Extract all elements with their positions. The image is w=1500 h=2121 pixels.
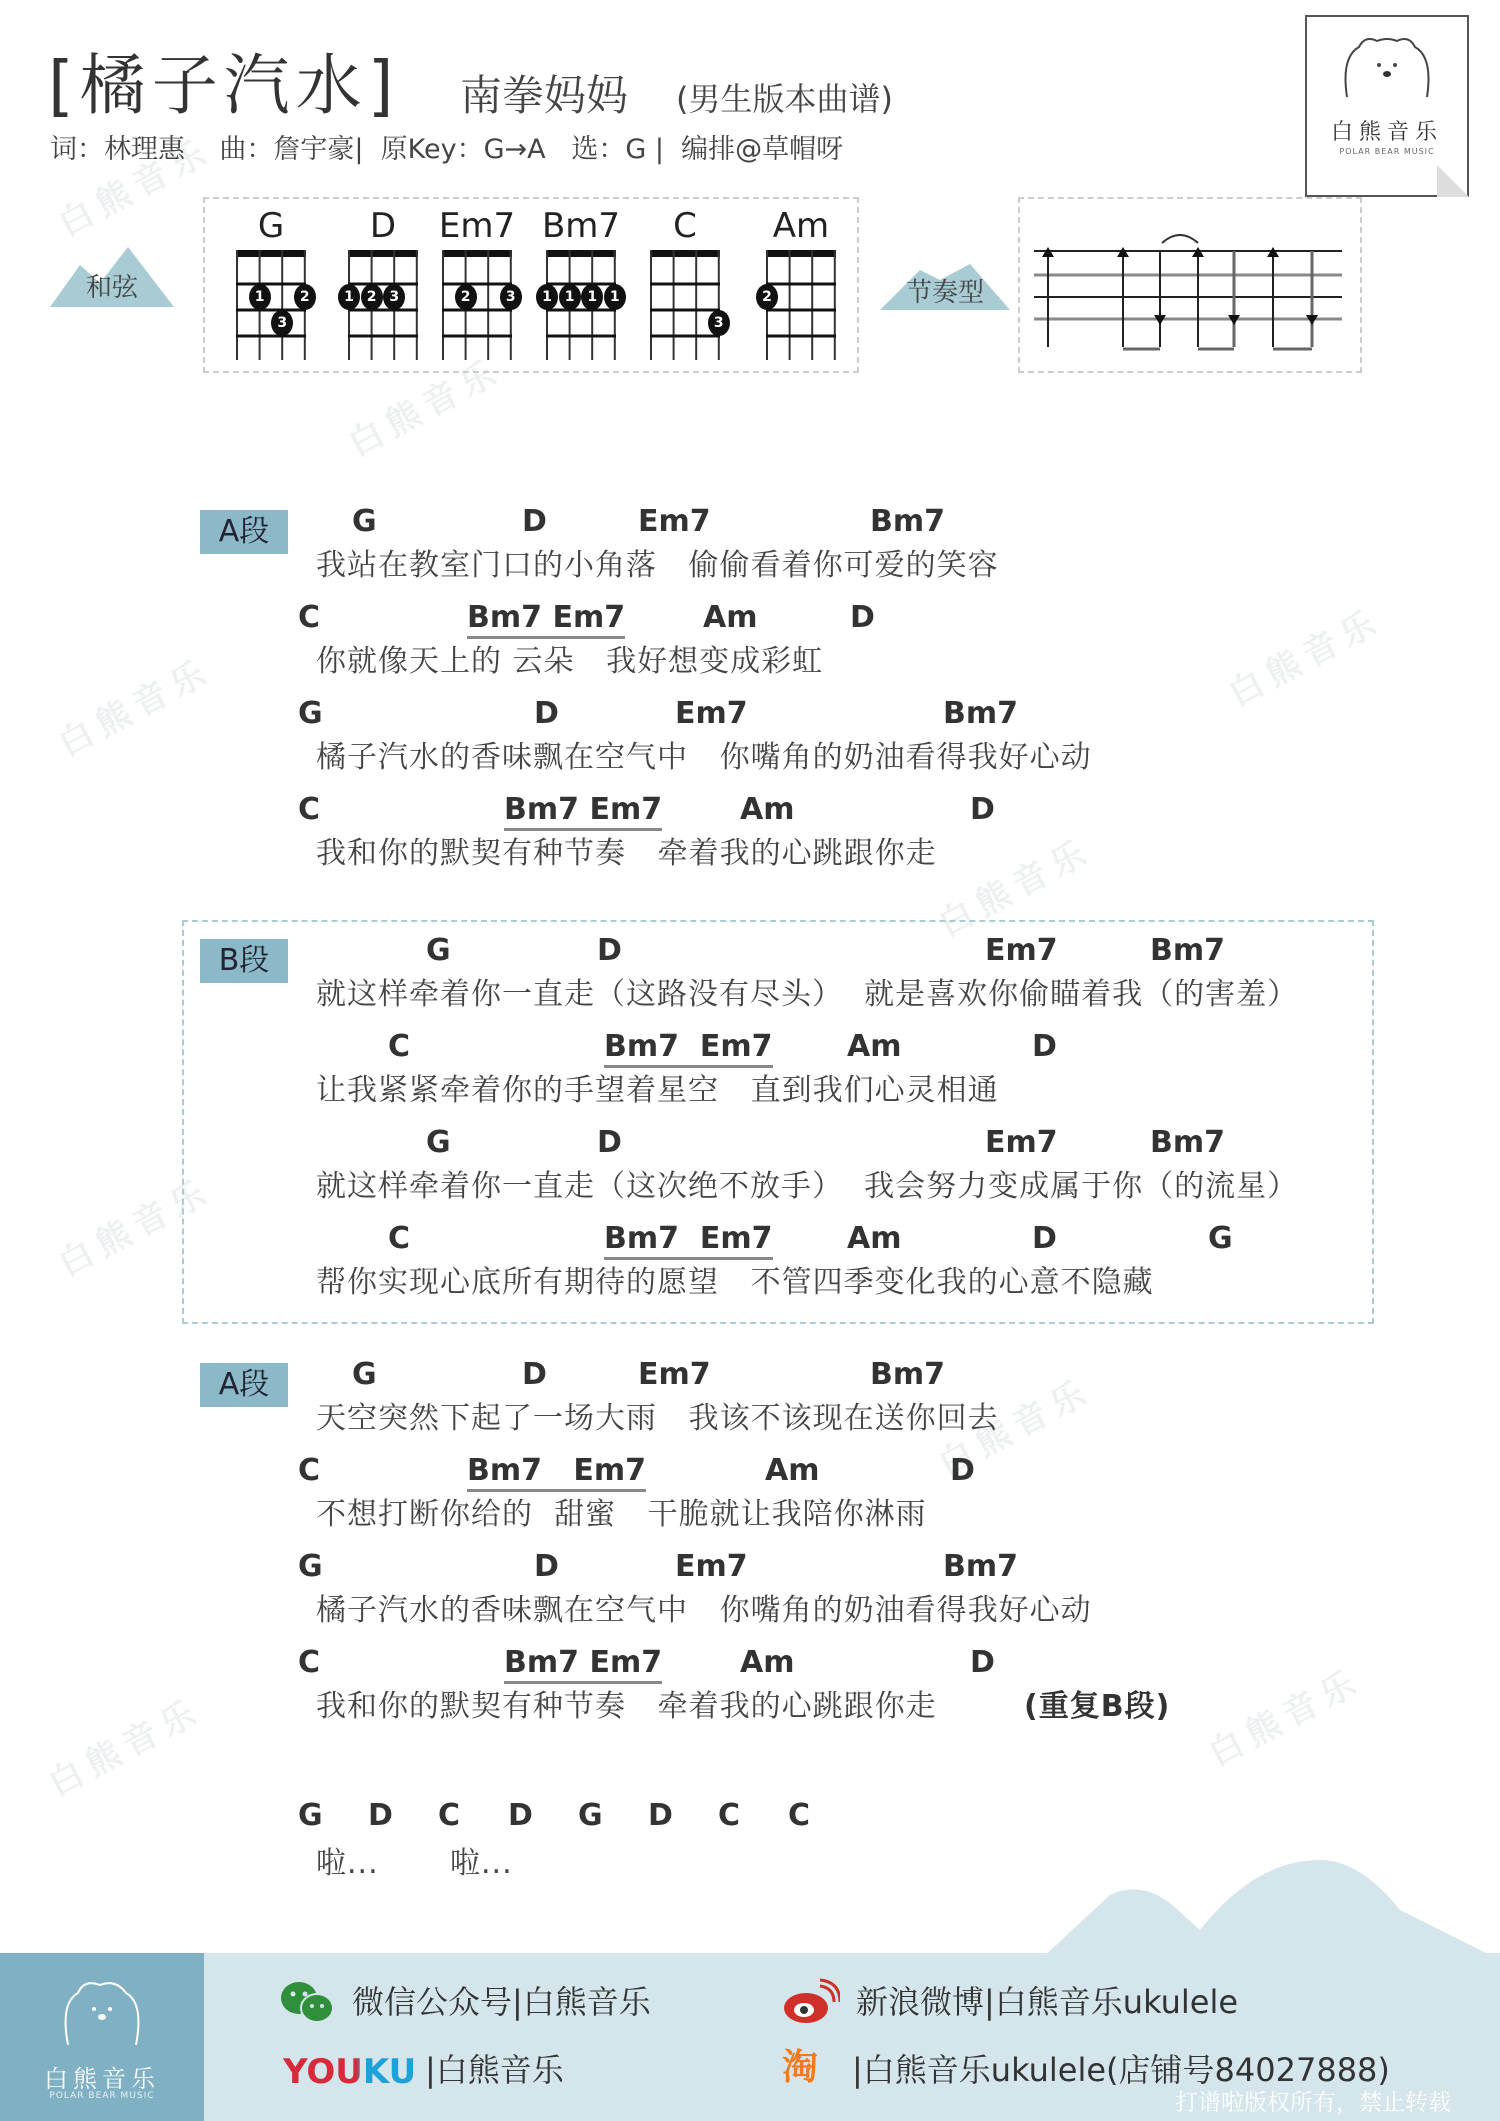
finger-dot: 2 <box>756 284 778 310</box>
chord-diagram-d: 123 <box>348 250 418 358</box>
chord-symbol: G <box>1208 1221 1233 1257</box>
outro-lyric: 啦... <box>316 1844 379 1884</box>
composer: 曲：詹宇豪| <box>219 134 363 165</box>
chord-symbol: C <box>298 600 320 636</box>
song-title: [橘子汽水] <box>48 46 400 126</box>
finger-dot: 2 <box>361 284 383 310</box>
lyric-line: 就这样牵着你一直走（这次绝不放手） 我会努力变成属于你（的流星） <box>316 1167 1298 1207</box>
chord-symbol: Am <box>847 1221 901 1257</box>
outro-chord: G <box>298 1798 323 1834</box>
outro-lyric: 啦... <box>450 1844 513 1884</box>
chord-symbol: Em7 <box>638 504 711 540</box>
chord-symbol: G <box>426 933 451 969</box>
finger-dot: 1 <box>338 284 360 310</box>
finger-dot: 3 <box>708 310 730 336</box>
chord-symbol: D <box>970 1645 995 1681</box>
chord-symbol: D <box>534 1549 559 1585</box>
chord-symbol: C <box>388 1029 410 1065</box>
lyric-line: 我和你的默契有种节奏 牵着我的心跳跟你走 <box>316 834 937 874</box>
chord-symbol: G <box>352 1357 377 1393</box>
version-note: (男生版本曲谱) <box>676 76 893 122</box>
footer-logo: 白熊音乐 POLAR BEAR MUSIC <box>0 1953 204 2121</box>
lyric-line: 我站在教室门口的小角落 偷偷看着你可爱的笑容 <box>316 546 999 586</box>
chord-symbol: G <box>352 504 377 540</box>
original-key: 原Key：G→A <box>381 134 546 165</box>
chord-symbol: G <box>298 696 323 732</box>
chord-symbol: Bm7 <box>870 504 945 540</box>
chord-symbol: Bm7 Em7 <box>604 1029 773 1068</box>
footer-logo-subtitle: POLAR BEAR MUSIC <box>0 2091 204 2101</box>
chord-symbol: G <box>298 1549 323 1585</box>
finger-dot: 1 <box>559 284 581 310</box>
youku-logo[interactable]: YOUKU <box>283 2050 416 2094</box>
chord-symbol: Am <box>740 1645 794 1681</box>
outro-chord: G <box>578 1798 603 1834</box>
chord-symbol: C <box>298 792 320 828</box>
chord-symbol: Em7 <box>675 696 748 732</box>
watermark: 白熊音乐 <box>48 643 219 765</box>
chord-symbol: Am <box>740 792 794 828</box>
chord-symbol: Bm7 Em7 <box>504 1645 662 1684</box>
selected-key: 选：G | <box>571 134 664 165</box>
chord-symbol: Bm7 <box>943 696 1018 732</box>
finger-dot: 2 <box>455 284 477 310</box>
finger-dot: 3 <box>500 284 522 310</box>
outro-chord: D <box>648 1798 673 1834</box>
logo-subtitle: POLAR BEAR MUSIC <box>1307 147 1467 156</box>
chord-symbol: D <box>970 792 995 828</box>
logo-name: 白熊音乐 <box>1307 115 1467 146</box>
chord-symbol: C <box>298 1645 320 1681</box>
outro-chord: D <box>368 1798 393 1834</box>
chord-symbol: Em7 <box>985 1125 1058 1161</box>
lyric-line: 不想打断你给的 甜蜜 干脆就让我陪你淋雨 <box>316 1495 927 1535</box>
chord-diagram-name: G <box>231 206 311 246</box>
chord-symbol: D <box>850 600 875 636</box>
chord-symbol: Em7 <box>638 1357 711 1393</box>
finger-dot: 1 <box>249 284 271 310</box>
finger-dot: 1 <box>536 284 558 310</box>
lyric-line: 让我紧紧牵着你的手望着星空 直到我们心灵相通 <box>316 1071 999 1111</box>
chord-symbol: C <box>388 1221 410 1257</box>
chord-symbol: Am <box>847 1029 901 1065</box>
chord-symbol: G <box>426 1125 451 1161</box>
repeat-note: (重复B段) <box>1024 1687 1170 1727</box>
chord-diagram-name: Bm7 <box>541 206 621 246</box>
chord-diagram-c: 3 <box>650 250 720 358</box>
chord-symbol: D <box>522 504 547 540</box>
chord-symbol: Bm7 Em7 <box>467 600 625 639</box>
weibo-icon[interactable] <box>780 1978 840 2026</box>
chord-symbol: C <box>298 1453 320 1489</box>
mountains-decoration <box>1040 1820 1500 1960</box>
watermark: 白熊音乐 <box>38 1683 209 1805</box>
page-fold-icon <box>1437 165 1469 197</box>
wechat-account[interactable]: 微信公众号|白熊音乐 <box>352 1980 651 2024</box>
chord-symbol: D <box>522 1357 547 1393</box>
lyric-line: 你就像天上的 云朵 我好想变成彩虹 <box>316 642 823 682</box>
chords-label-badge: 和弦 <box>50 245 174 307</box>
chord-symbol: Bm7 <box>870 1357 945 1393</box>
chord-symbol: Bm7 <box>1150 933 1225 969</box>
lyric-line: 天空突然下起了一场大雨 我该不该现在送你回去 <box>316 1399 999 1439</box>
chord-diagram-bm7: 1111 <box>546 250 616 358</box>
chord-diagram-name: C <box>645 206 725 246</box>
artist-name: 南拳妈妈 <box>460 66 628 126</box>
finger-dot: 1 <box>604 284 626 310</box>
chord-diagram-name: D <box>343 206 423 246</box>
lyric-line: 橘子汽水的香味飘在空气中 你嘴角的奶油看得我好心动 <box>316 738 1092 778</box>
polar-bear-icon <box>1307 17 1467 117</box>
lyric-line: 帮你实现心底所有期待的愿望 不管四季变化我的心意不隐藏 <box>316 1263 1154 1303</box>
arranger: 编排@草帽呀 <box>681 134 843 165</box>
section-label: A段 <box>200 510 288 554</box>
lyric-line: 橘子汽水的香味飘在空气中 你嘴角的奶油看得我好心动 <box>316 1591 1092 1631</box>
watermark: 白熊音乐 <box>1198 1653 1369 1775</box>
chord-symbol: Bm7 Em7 <box>467 1453 646 1492</box>
chord-symbol: D <box>534 696 559 732</box>
youku-brand: YOUKU <box>283 2052 416 2092</box>
outro-chord: D <box>508 1798 533 1834</box>
chord-diagram-name: Em7 <box>437 206 517 246</box>
chord-diagram-g: 123 <box>236 250 306 358</box>
chord-diagram-em7: 23 <box>442 250 512 358</box>
chord-symbol: Bm7 Em7 <box>604 1221 773 1260</box>
weibo-account[interactable]: 新浪微博|白熊音乐ukulele <box>856 1980 1238 2024</box>
lyric-line: 我和你的默契有种节奏 牵着我的心跳跟你走 <box>316 1687 937 1727</box>
taobao-icon[interactable]: 淘 <box>782 2046 818 2090</box>
outro-chord: C <box>718 1798 740 1834</box>
chord-symbol: D <box>597 1125 622 1161</box>
credits-line: 词：林理惠 曲：詹宇豪| 原Key：G→A 选：G | 编排@草帽呀 <box>50 130 843 170</box>
outro-chord: C <box>438 1798 460 1834</box>
youku-account[interactable]: |白熊音乐 <box>425 2048 564 2092</box>
chord-symbol: D <box>597 933 622 969</box>
chord-symbol: Am <box>765 1453 819 1489</box>
lyric-line: 就这样牵着你一直走（这路没有尽头） 就是喜欢你偷瞄着我（的害羞） <box>316 975 1298 1015</box>
strum-pattern-diagram <box>1020 199 1360 371</box>
strum-label-badge: 节奏型 <box>880 262 1010 310</box>
chord-symbol: Bm7 <box>943 1549 1018 1585</box>
brand-logo-card: 白熊音乐 POLAR BEAR MUSIC <box>1305 15 1469 197</box>
finger-dot: 2 <box>294 284 316 310</box>
chord-symbol: Em7 <box>675 1549 748 1585</box>
outro-chord: C <box>788 1798 810 1834</box>
lyricist: 词：林理惠 <box>50 134 185 165</box>
chord-symbol: Em7 <box>985 933 1058 969</box>
chord-diagram-am: 2 <box>766 250 836 358</box>
section-label: A段 <box>200 1363 288 1407</box>
footer-logo-name: 白熊音乐 <box>0 2059 204 2094</box>
strum-pattern-panel <box>1018 197 1362 373</box>
wechat-icon[interactable] <box>277 1978 337 2026</box>
polar-bear-icon <box>0 1953 204 2053</box>
copyright-notice: 打谱啦版权所有，禁止转载 <box>1175 2084 1451 2117</box>
chord-symbol: D <box>950 1453 975 1489</box>
chord-diagram-name: Am <box>761 206 841 246</box>
chord-symbol: Bm7 <box>1150 1125 1225 1161</box>
watermark: 白熊音乐 <box>1218 593 1389 715</box>
chord-symbol: D <box>1032 1221 1057 1257</box>
chord-symbol: Bm7 Em7 <box>504 792 662 831</box>
chord-symbol: D <box>1032 1029 1057 1065</box>
section-label: B段 <box>200 939 288 983</box>
chord-symbol: Am <box>703 600 757 636</box>
